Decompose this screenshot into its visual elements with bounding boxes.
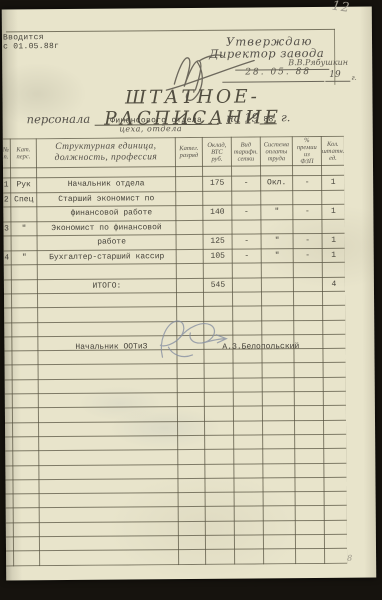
cell-position: Начальник отдела (37, 177, 176, 193)
empty-cell (4, 508, 13, 522)
empty-cell (234, 478, 263, 493)
intro-label: Вводится (3, 33, 59, 42)
cell-premium: - (293, 248, 322, 263)
cell-premium: - (293, 175, 322, 190)
cell-category: Спец (11, 192, 37, 207)
empty-cell (4, 480, 13, 494)
empty-cell (295, 434, 324, 449)
empty-cell (11, 236, 37, 251)
empty-cell (233, 406, 262, 421)
empty-cell (295, 506, 324, 521)
empty-cell (294, 406, 323, 421)
empty-cell (264, 549, 296, 564)
cell-staff-count: 1 (322, 204, 345, 219)
empty-cell (263, 435, 295, 450)
empty-cell (3, 408, 12, 422)
empty-cell (203, 263, 232, 278)
empty-cell (232, 263, 261, 278)
empty-cell (203, 292, 232, 307)
empty-cell (3, 380, 12, 394)
empty-cell (178, 435, 205, 450)
total-label: ИТОГО: (37, 278, 176, 294)
empty-cell (3, 279, 12, 294)
cell-num: 4 (3, 250, 11, 265)
empty-cell (13, 508, 39, 523)
total-salary: 545 (203, 278, 232, 293)
empty-cell (323, 306, 346, 320)
empty-cell (262, 306, 294, 321)
empty-cell (178, 421, 205, 436)
empty-cell (295, 477, 324, 492)
empty-cell (3, 351, 12, 365)
empty-cell (12, 337, 38, 352)
empty-cell (203, 220, 232, 235)
empty-cell (176, 176, 203, 191)
empty-cell (294, 320, 323, 335)
cell-tariff: - (232, 176, 261, 191)
cell-tariff: - (232, 205, 261, 220)
empty-cell (176, 220, 203, 235)
empty-cell (13, 437, 39, 452)
empty-cell (3, 265, 12, 280)
empty-cell (324, 491, 347, 505)
cell-salary: 125 (203, 234, 232, 249)
empty-cell (295, 534, 324, 549)
cell-staff-count: 1 (322, 175, 345, 190)
empty-cell (177, 378, 204, 393)
page-number-pencil: 12 (331, 0, 352, 16)
empty-cell (263, 520, 295, 535)
signer-name: А.З.Белопольский (222, 342, 299, 352)
empty-cell (5, 551, 14, 565)
empty-cell (234, 449, 263, 464)
scan-background: { "document": { "intro_label": "Вводится… (0, 0, 382, 600)
cell-tariff: - (232, 234, 261, 249)
empty-cell (3, 308, 12, 322)
header-pay-system: Система оплаты труда (260, 137, 292, 166)
empty-cell (12, 365, 38, 380)
header-category: Кат. перс. (10, 139, 36, 168)
empty-cell (12, 322, 38, 337)
empty-cell (4, 437, 13, 451)
empty-cell (39, 478, 178, 493)
empty-cell (321, 165, 344, 175)
cell-pay-system: " (261, 248, 293, 263)
empty-cell (13, 465, 39, 480)
empty-cell (233, 378, 262, 393)
empty-cell (262, 406, 294, 421)
total-staff-count: 4 (322, 277, 345, 292)
empty-cell (234, 492, 263, 507)
empty-cell (3, 168, 11, 178)
empty-cell (293, 291, 322, 306)
empty-cell (178, 450, 205, 465)
empty-cell (12, 351, 38, 366)
empty-cell (263, 449, 295, 464)
empty-cell (13, 494, 39, 509)
empty-cell (38, 378, 177, 393)
cell-category: Рук (11, 178, 37, 193)
empty-cell (323, 348, 346, 362)
empty-cell (261, 292, 293, 307)
empty-cell (176, 191, 203, 206)
header-staff-count: Кол. штатн. ед. (321, 136, 344, 165)
empty-cell (323, 406, 346, 420)
header-salary: Оклад, ВТС руб. (202, 137, 231, 166)
cell-tariff: - (232, 248, 261, 263)
cell-salary: 105 (203, 249, 232, 264)
cell-premium: - (293, 233, 322, 248)
empty-cell (261, 277, 293, 292)
cell-position-cont: работе (37, 235, 176, 251)
empty-cell (3, 394, 12, 408)
empty-cell (14, 551, 40, 566)
empty-cell (13, 522, 39, 537)
empty-cell (323, 377, 346, 391)
empty-cell (294, 392, 323, 407)
empty-cell (39, 436, 178, 451)
empty-cell (38, 393, 177, 408)
empty-cell (263, 463, 295, 478)
approver-name: В.В.Рябушкин (288, 58, 348, 67)
empty-cell (205, 421, 234, 436)
empty-cell (11, 279, 37, 294)
approval-year-line (325, 81, 350, 82)
empty-cell (38, 407, 177, 422)
empty-cell (324, 534, 347, 548)
empty-cell (13, 480, 39, 495)
empty-cell (176, 205, 203, 220)
empty-cell (178, 535, 205, 550)
empty-cell (3, 236, 11, 251)
empty-cell (203, 166, 232, 176)
empty-cell (324, 477, 347, 491)
cell-pay-system: " (261, 234, 293, 249)
intro-date: с 01.05.88г (3, 42, 59, 51)
empty-cell (3, 207, 11, 222)
cell-staff-count: 1 (322, 233, 345, 248)
empty-cell (205, 449, 234, 464)
empty-cell (178, 493, 205, 508)
empty-cell (232, 277, 261, 292)
empty-cell (322, 219, 345, 234)
empty-cell (11, 265, 37, 280)
empty-cell (292, 165, 321, 175)
empty-cell (11, 168, 37, 178)
empty-cell (11, 294, 37, 309)
empty-cell (176, 278, 203, 293)
empty-cell (295, 463, 324, 478)
empty-cell (11, 207, 37, 222)
signer-signature-icon (148, 313, 240, 370)
empty-cell (293, 219, 322, 234)
approval-year-suffix: г. (351, 74, 356, 82)
empty-cell (324, 449, 347, 463)
empty-cell (178, 478, 205, 493)
empty-cell (39, 521, 178, 536)
empty-cell (324, 506, 347, 520)
empty-cell (232, 292, 261, 307)
empty-cell (206, 549, 235, 564)
empty-cell (262, 392, 294, 407)
cell-position-cont: финансовой работе (37, 206, 176, 222)
blank-caption: цеха, отдела (99, 124, 203, 134)
empty-cell (324, 520, 347, 534)
empty-cell (176, 249, 203, 264)
empty-cell (13, 422, 39, 437)
director-signature-icon (162, 45, 277, 104)
empty-cell (4, 537, 13, 551)
empty-cell (294, 377, 323, 392)
cell-position: Бухгалтер-старший кассир (37, 249, 176, 265)
empty-cell (263, 492, 295, 507)
empty-cell (295, 492, 324, 507)
cell-num: 3 (3, 221, 11, 236)
empty-cell (205, 464, 234, 479)
empty-cell (261, 190, 293, 205)
empty-cell (39, 421, 178, 436)
empty-cell (4, 423, 13, 437)
empty-cell (261, 263, 293, 278)
empty-cell (293, 277, 322, 292)
signer-title: Начальник ООТиЗ (75, 342, 147, 352)
corner-mark-pencil: 8 (347, 554, 352, 563)
empty-cell (232, 190, 261, 205)
empty-cell (232, 219, 261, 234)
empty-cell (234, 435, 263, 450)
cell-staff-count: 1 (322, 248, 345, 263)
empty-cell (262, 377, 294, 392)
empty-cell (37, 264, 176, 280)
empty-cell (39, 536, 178, 551)
empty-cell (293, 190, 322, 205)
cell-premium: - (293, 204, 322, 219)
empty-cell (4, 523, 13, 537)
empty-cell (12, 308, 38, 323)
header-position: Структурная единица, должность, професси… (36, 138, 175, 168)
empty-cell (13, 537, 39, 552)
empty-cell (323, 420, 346, 434)
empty-cell (262, 320, 294, 335)
empty-cell (261, 166, 293, 176)
empty-cell (39, 507, 178, 522)
empty-cell (4, 465, 13, 479)
header-tariff-grid: Вид тарифн. сетки (231, 137, 260, 166)
empty-cell (233, 392, 262, 407)
intro-block: Вводится с 01.05.88г (3, 33, 59, 51)
empty-cell (12, 394, 38, 409)
empty-cell (177, 407, 204, 422)
empty-cell (234, 521, 263, 536)
empty-cell (176, 234, 203, 249)
empty-cell (13, 451, 39, 466)
empty-cell (262, 363, 294, 378)
empty-cell (178, 507, 205, 522)
empty-cell (234, 535, 263, 550)
empty-cell (3, 322, 12, 336)
empty-cell (235, 549, 264, 564)
empty-cell (263, 478, 295, 493)
empty-cell (39, 493, 178, 508)
cell-pay-system: " (261, 205, 293, 220)
empty-cell (293, 262, 322, 277)
empty-cell (4, 494, 13, 508)
empty-cell (176, 263, 203, 278)
empty-row (5, 549, 348, 566)
empty-cell (323, 320, 346, 334)
empty-cell (294, 306, 323, 321)
empty-cell (322, 190, 345, 205)
empty-cell (232, 166, 261, 176)
cell-category: " (11, 250, 37, 265)
empty-cell (178, 464, 205, 479)
header-row: № п. Кат. перс. Структурная единица, дол… (3, 136, 345, 168)
empty-cell (323, 334, 346, 348)
empty-cell (178, 521, 205, 536)
empty-cell (205, 478, 234, 493)
cell-num: 1 (3, 178, 11, 193)
empty-cell (4, 451, 13, 465)
empty-cell (205, 492, 234, 507)
empty-cell (204, 378, 233, 393)
empty-cell (40, 550, 179, 565)
year-blank: 88 (260, 109, 277, 124)
empty-cell (295, 520, 324, 535)
empty-cell (205, 507, 234, 522)
empty-cell (204, 392, 233, 407)
cell-category: " (11, 221, 37, 236)
empty-cell (12, 379, 38, 394)
empty-cell (3, 337, 12, 351)
header-grade: Катег. разряд (175, 137, 202, 166)
subtitle-prefix: персонала (27, 112, 91, 126)
empty-cell (177, 392, 204, 407)
empty-cell (325, 549, 348, 563)
cell-salary: 140 (203, 205, 232, 220)
cell-position: Экономист по финансовой (37, 220, 176, 236)
empty-cell (323, 391, 346, 405)
empty-cell (324, 463, 347, 477)
empty-cell (3, 294, 12, 308)
empty-cell (234, 421, 263, 436)
empty-cell (205, 435, 234, 450)
empty-cell (203, 191, 232, 206)
empty-cell (234, 506, 263, 521)
empty-cell (12, 408, 38, 423)
empty-cell (261, 219, 293, 234)
empty-cell (205, 535, 234, 550)
empty-cell (39, 450, 178, 465)
empty-cell (179, 550, 206, 565)
empty-cell (322, 291, 345, 305)
empty-cell (294, 420, 323, 435)
cell-pay-system: Окл. (261, 176, 293, 191)
empty-cell (176, 166, 203, 176)
cell-position: Старший экономист по (37, 191, 176, 207)
empty-cell (263, 506, 295, 521)
empty-cell (263, 535, 295, 550)
empty-cell (294, 363, 323, 378)
subtitle-middle: на 19 (226, 110, 259, 124)
empty-cell (324, 434, 347, 448)
empty-cell (234, 463, 263, 478)
cell-salary: 175 (203, 176, 232, 191)
cell-num: 2 (3, 192, 11, 207)
empty-cell (176, 292, 203, 307)
year-value: 88 (263, 115, 273, 124)
approval-year-prefix: 19 (329, 70, 341, 80)
empty-cell (39, 464, 178, 479)
scanned-page: Вводится с 01.05.88г 12 Утверждаю Директ… (2, 7, 376, 581)
empty-cell (205, 521, 234, 536)
empty-cell (322, 262, 345, 277)
empty-cell (295, 449, 324, 464)
empty-cell (263, 420, 295, 435)
empty-cell (323, 363, 346, 377)
empty-cell (3, 365, 12, 379)
empty-cell (204, 407, 233, 422)
subtitle-suffix: г. (281, 110, 291, 124)
empty-cell (296, 549, 325, 564)
empty-cell (37, 293, 176, 308)
header-premium: % премии из ФЗП (292, 136, 321, 165)
form-top-rule (6, 29, 335, 33)
